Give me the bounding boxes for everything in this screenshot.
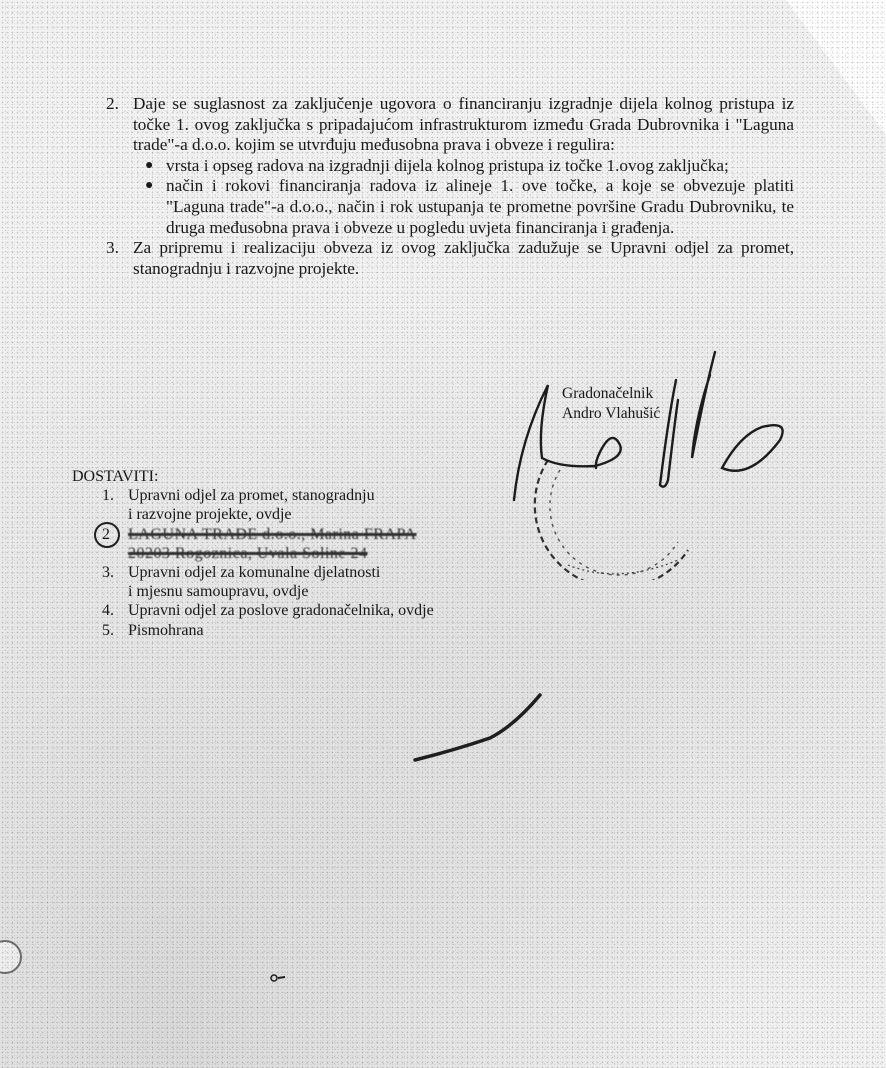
recipient-item: 3. Upravni odjel za komunalne djelatnost… bbox=[102, 563, 434, 601]
distribution-heading: DOSTAVITI: bbox=[72, 467, 434, 486]
recipient-item-redacted: 2 LAGUNA TRADE d.o.o., Marina FRAPA 2020… bbox=[102, 525, 434, 563]
distribution-list: DOSTAVITI: 1. Upravni odjel za promet, s… bbox=[72, 467, 434, 640]
ink-speck bbox=[268, 972, 288, 984]
handwritten-signature bbox=[500, 340, 800, 590]
bullet-item: ● vrsta i opseg radova na izgradnji dije… bbox=[145, 156, 794, 177]
circle-mark-icon bbox=[94, 522, 120, 548]
bullet-icon: ● bbox=[145, 176, 166, 238]
scanned-page: 2. Daje se suglasnost za zaključenje ugo… bbox=[0, 0, 886, 1068]
bullet-icon: ● bbox=[145, 156, 166, 177]
decision-item-3: 3. Za pripremu i realizaciju obveza iz o… bbox=[106, 238, 794, 279]
item-number: 2. bbox=[106, 94, 133, 238]
recipient-item: 5. Pismohrana bbox=[102, 621, 434, 640]
recipient-item: 4. Upravni odjel za poslove gradonačelni… bbox=[102, 601, 434, 620]
item-text: Za pripremu i realizaciju obveza iz ovog… bbox=[133, 238, 794, 279]
redacted-address: LAGUNA TRADE d.o.o., Marina FRAPA 20203 … bbox=[128, 525, 417, 563]
item-number: 3. bbox=[106, 238, 133, 279]
item-text: Daje se suglasnost za zaključenje ugovor… bbox=[133, 94, 794, 156]
folded-corner bbox=[786, 0, 886, 135]
punch-hole bbox=[0, 940, 22, 974]
bullet-list: ● vrsta i opseg radova na izgradnji dije… bbox=[133, 156, 794, 238]
recipient-item: 1. Upravni odjel za promet, stanogradnju… bbox=[102, 486, 434, 524]
decision-body: 2. Daje se suglasnost za zaključenje ugo… bbox=[106, 94, 794, 279]
pen-stroke-mark bbox=[405, 680, 555, 770]
bullet-item: ● način i rokovi financiranja radova iz … bbox=[145, 176, 794, 238]
decision-item-2: 2. Daje se suglasnost za zaključenje ugo… bbox=[106, 94, 794, 238]
